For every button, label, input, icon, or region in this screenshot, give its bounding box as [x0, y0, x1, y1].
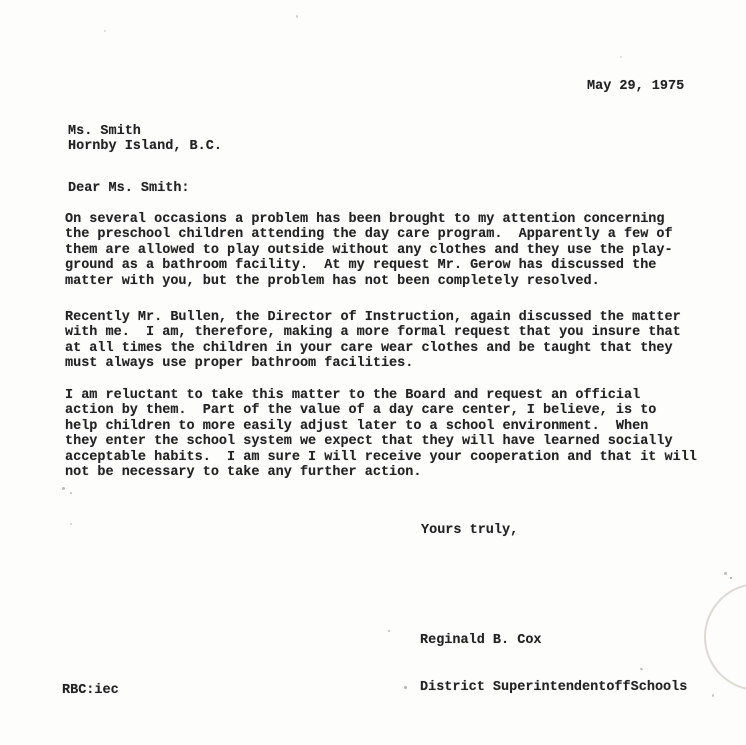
signature-title: District SuperintendentoffSchools — [420, 680, 687, 696]
paper-speck — [388, 630, 390, 632]
complimentary-closing: Yours truly, — [421, 523, 518, 538]
salutation: Dear Ms. Smith: — [68, 181, 190, 196]
paper-speck — [296, 15, 298, 18]
signature-block: Reginald B. Cox District Superintendento… — [420, 601, 687, 727]
paper-speck — [70, 492, 72, 494]
paper-stain-circle — [704, 583, 746, 691]
recipient-address-block: Ms. Smith Hornby Island, B.C. — [68, 124, 222, 154]
reference-initials: RBC:iec — [62, 683, 119, 698]
body-paragraph-3: I am reluctant to take this matter to th… — [65, 388, 697, 480]
letter-date: May 29, 1975 — [587, 79, 684, 94]
paper-speck — [724, 572, 727, 575]
paper-speck — [620, 56, 622, 58]
scanned-letter-page: May 29, 1975 Ms. Smith Hornby Island, B.… — [0, 0, 746, 745]
paper-speck — [104, 30, 106, 32]
paper-speck — [70, 523, 72, 525]
body-paragraph-1: On several occasions a problem has been … — [65, 212, 673, 289]
paper-speck — [730, 577, 732, 579]
paper-speck — [62, 487, 65, 490]
signature-name: Reginald B. Cox — [420, 633, 687, 649]
paper-speck — [712, 694, 714, 697]
body-paragraph-2: Recently Mr. Bullen, the Director of Ins… — [65, 310, 681, 372]
paper-speck — [404, 686, 407, 689]
